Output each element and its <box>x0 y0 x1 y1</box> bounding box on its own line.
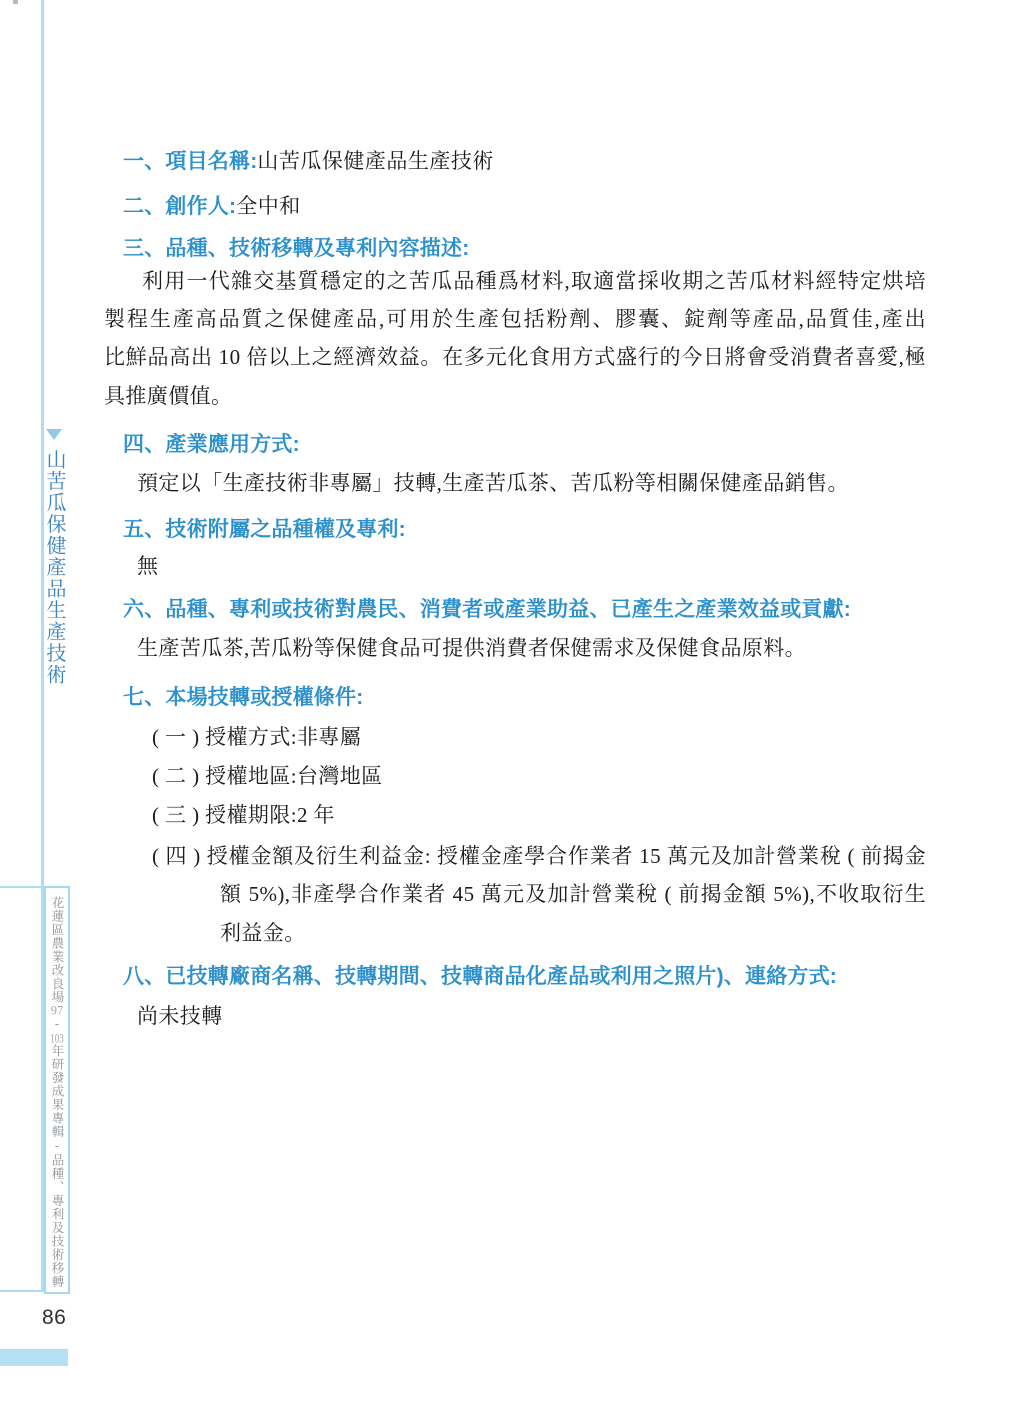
section-3-paragraph-line: 比鮮品高出 10 倍以上之經濟效益。在多元化食用方式盛行的今日將會受消費者喜愛,… <box>104 344 926 370</box>
page-number: 86 <box>42 1306 66 1330</box>
section-1-value: 山苦瓜保健產品生產技術 <box>257 149 494 173</box>
section-7-item-4-line-2: 額 5%),非產學合作業者 45 萬元及加計營業稅 ( 前揭金額 5%),不收取… <box>220 881 926 907</box>
series-caption-rest: 年研發成果專輯-品種、專利及技術移轉 <box>50 1044 64 1289</box>
series-caption-box: 花蓮區農業改良場97-103年研發成果專輯-品種、專利及技術移轉 <box>44 886 70 1294</box>
section-3-heading: 三、品種、技術移轉及專利內容描述: <box>123 236 926 262</box>
corner-registration-mark <box>13 0 18 4</box>
section-7-item-4-line-3: 利益金。 <box>220 920 926 946</box>
section-2-heading-row: 二、創作人:全中和 <box>123 193 926 220</box>
section-7-item-4-line-1: ( 四 ) 授權金額及衍生利益金: 授權金產學合作業者 15 萬元及加計營業稅 … <box>152 843 926 869</box>
section-6-heading: 六、品種、專利或技術對農民、消費者或產業助益、已產生之產業效益或貢獻: <box>123 597 926 623</box>
section-7-item-1: ( 一 ) 授權方式:非專屬 <box>152 724 926 750</box>
section-5-body: 無 <box>137 553 926 579</box>
section-3-paragraph-line: 利用一代雜交基質穩定的之苦瓜品種爲材料,取適當採收期之苦瓜材料經特定烘培 <box>104 268 926 294</box>
caption-frame-bottom-line <box>0 1290 41 1292</box>
series-caption-year-from: 97 <box>50 1004 64 1017</box>
caption-frame-top-line <box>0 886 41 888</box>
section-1-heading-row: 一、項目名稱:山苦瓜保健產品生產技術 <box>123 148 926 175</box>
section-8-body: 尚未技轉 <box>137 1003 926 1029</box>
section-4-body: 預定以「生產技術非專屬」技轉,生產苦瓜茶、苦瓜粉等相關保健產品銷售。 <box>137 470 926 496</box>
section-2-heading: 二、創作人: <box>123 195 236 218</box>
section-7-item-2: ( 二 ) 授權地區:台灣地區 <box>152 763 926 789</box>
series-caption-text: 花蓮區農業改良場97-103年研發成果專輯-品種、專利及技術移轉 <box>47 896 67 1289</box>
series-caption-year-to: 103 <box>50 1032 64 1045</box>
section-2-value: 全中和 <box>236 194 301 218</box>
section-3-paragraph-line: 製程生產高品質之保健產品,可用於生產包括粉劑、膠囊、錠劑等產品,品質佳,產出 <box>104 306 926 332</box>
section-7-item-3: ( 三 ) 授權期限:2 年 <box>152 802 926 828</box>
series-caption-dash: - <box>50 1017 64 1032</box>
section-1-heading: 一、項目名稱: <box>123 150 257 173</box>
page-content: 一、項目名稱:山苦瓜保健產品生產技術 二、創作人:全中和 三、品種、技術移轉及專… <box>104 0 926 1029</box>
section-6-body: 生產苦瓜茶,苦瓜粉等保健食品可提供消費者保健需求及保健食品原料。 <box>137 635 926 661</box>
chapter-title-vertical: 山苦瓜保健產品生產技術 <box>42 449 66 694</box>
section-7-heading: 七、本場技轉或授權條件: <box>123 685 926 711</box>
section-4-heading: 四、產業應用方式: <box>123 432 926 458</box>
section-8-heading: 八、已技轉廠商名稱、技轉期間、技轉商品化產品或利用之照片)、連絡方式: <box>123 964 926 990</box>
series-caption-org: 花蓮區農業改良場 <box>50 896 64 1004</box>
footer-bar <box>0 1349 68 1366</box>
triangle-down-icon <box>46 429 62 440</box>
section-3-paragraph-line: 具推廣價值。 <box>104 383 926 409</box>
section-5-heading: 五、技術附屬之品種權及專利: <box>123 517 926 543</box>
document-page: { "colors": { "heading_blue": "#2b90cc",… <box>0 0 1024 1418</box>
